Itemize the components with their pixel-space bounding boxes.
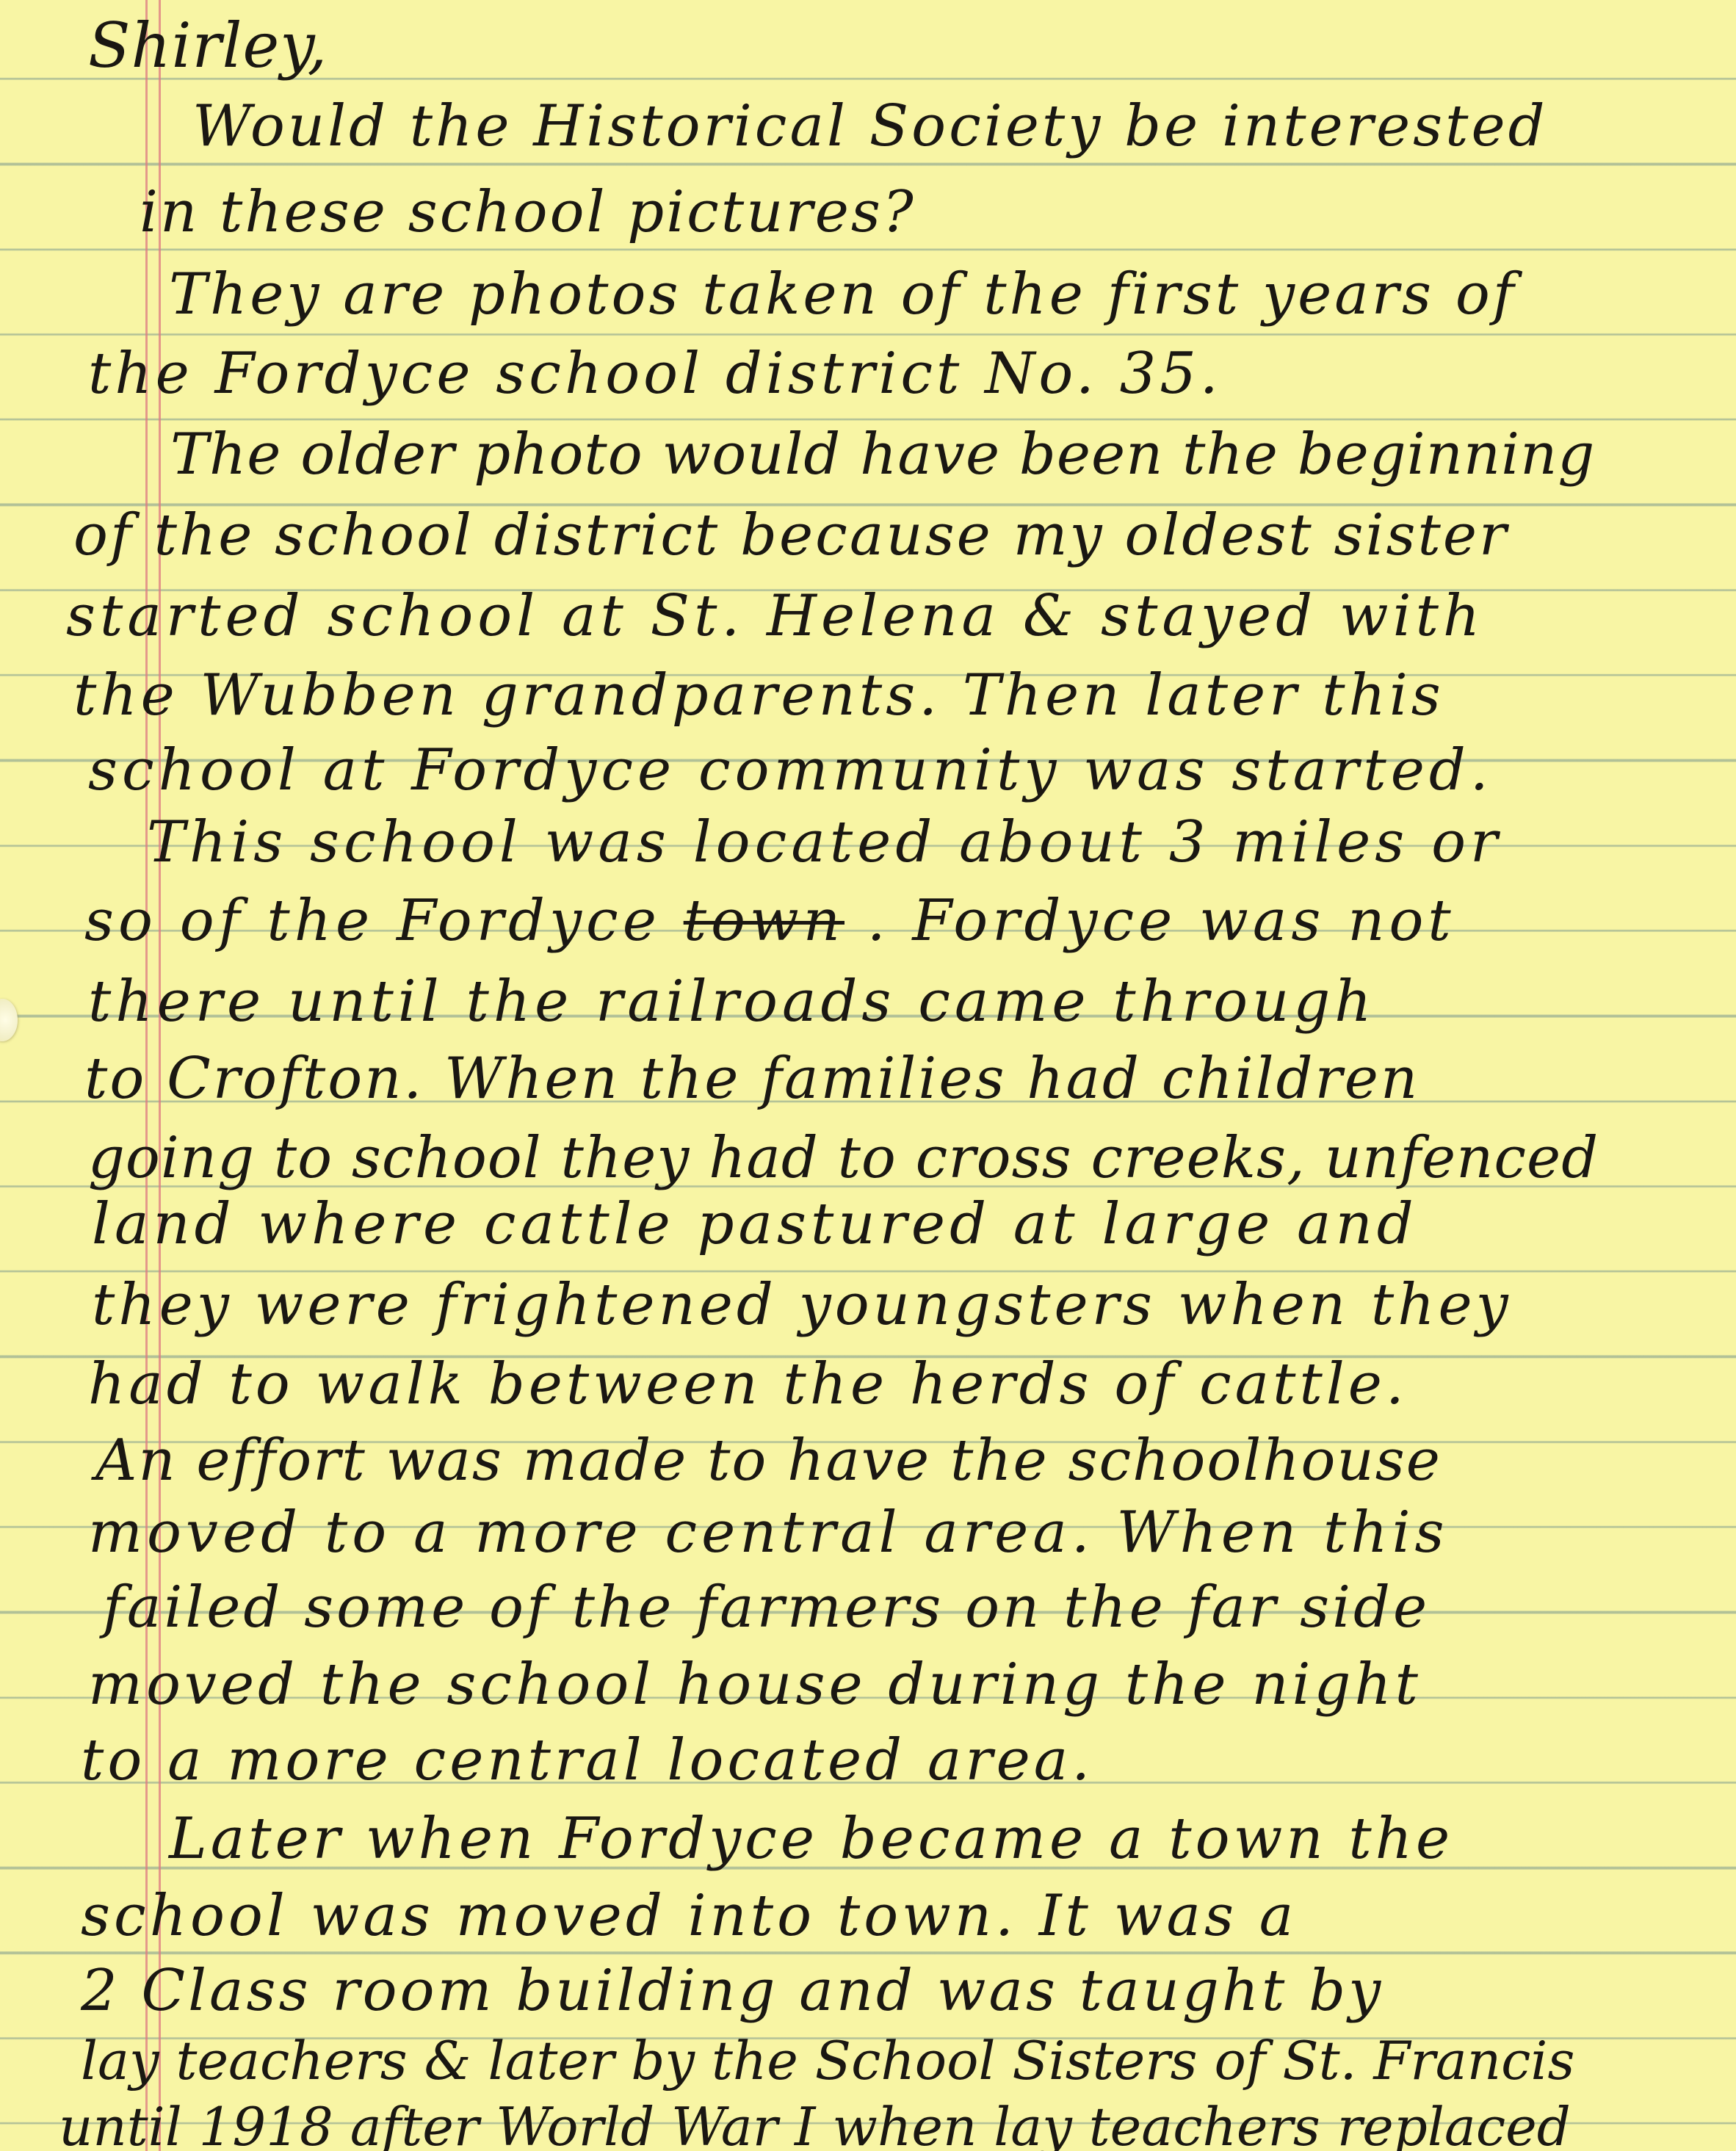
letter-line-15: land where cattle pastured at large and [92,1196,1418,1253]
letter-line-16: they were frightened youngsters when the… [92,1276,1512,1334]
letter-line-21: moved the school house during the night [88,1656,1422,1713]
letter-line-7: started school at St. Helena & stayed wi… [66,588,1484,645]
letter-line-17: had to walk between the herds of cattle. [88,1356,1408,1413]
letter-line-2: in these school pictures? [140,184,916,241]
letter-line-19: moved to a more central area. When this [88,1504,1449,1561]
salutation: Shirley, [88,15,328,76]
letter-line-9: school at Fordyce community was started. [88,742,1493,799]
handwritten-letter: Shirley, Would the Historical Society be… [0,0,1736,2151]
letter-line-1: Would the Historical Society be interest… [192,98,1548,155]
letter-line-25: 2 Class room building and was taught by [81,1962,1384,2020]
text-segment: . Fordyce was not [867,888,1455,954]
letter-line-4: the Fordyce school district No. 35. [88,345,1222,402]
text-segment: so of the Fordyce [84,888,661,954]
letter-line-20: failed some of the farmers on the far si… [103,1579,1430,1636]
legal-pad-page: Shirley, Would the Historical Society be… [0,0,1736,2151]
letter-line-13: to Crofton. When the families had childr… [84,1050,1419,1107]
letter-line-18: An effort was made to have the schoolhou… [95,1432,1442,1489]
letter-line-12: there until the railroads came through [88,973,1376,1030]
struck-out-word: town [684,888,845,954]
letter-line-22: to a more central located area. [81,1732,1093,1789]
letter-line-11: so of the Fordyce town . Fordyce was not [84,892,1455,950]
letter-line-27: until 1918 after World War I when lay te… [59,2100,1571,2151]
letter-line-10: This school was located about 3 miles or [147,814,1502,871]
letter-line-24: school was moved into town. It was a [81,1887,1297,1945]
letter-line-3: They are photos taken of the first years… [169,266,1517,323]
letter-line-14: going to school they had to cross creeks… [88,1129,1599,1187]
letter-line-26: lay teachers & later by the School Siste… [81,2034,1574,2087]
letter-line-5: The older photo would have been the begi… [170,426,1595,483]
letter-line-8: the Wubben grandparents. Then later this [73,667,1444,724]
letter-line-6: of the school district because my oldest… [73,507,1508,564]
letter-line-23: Later when Fordyce became a town the [169,1810,1453,1868]
